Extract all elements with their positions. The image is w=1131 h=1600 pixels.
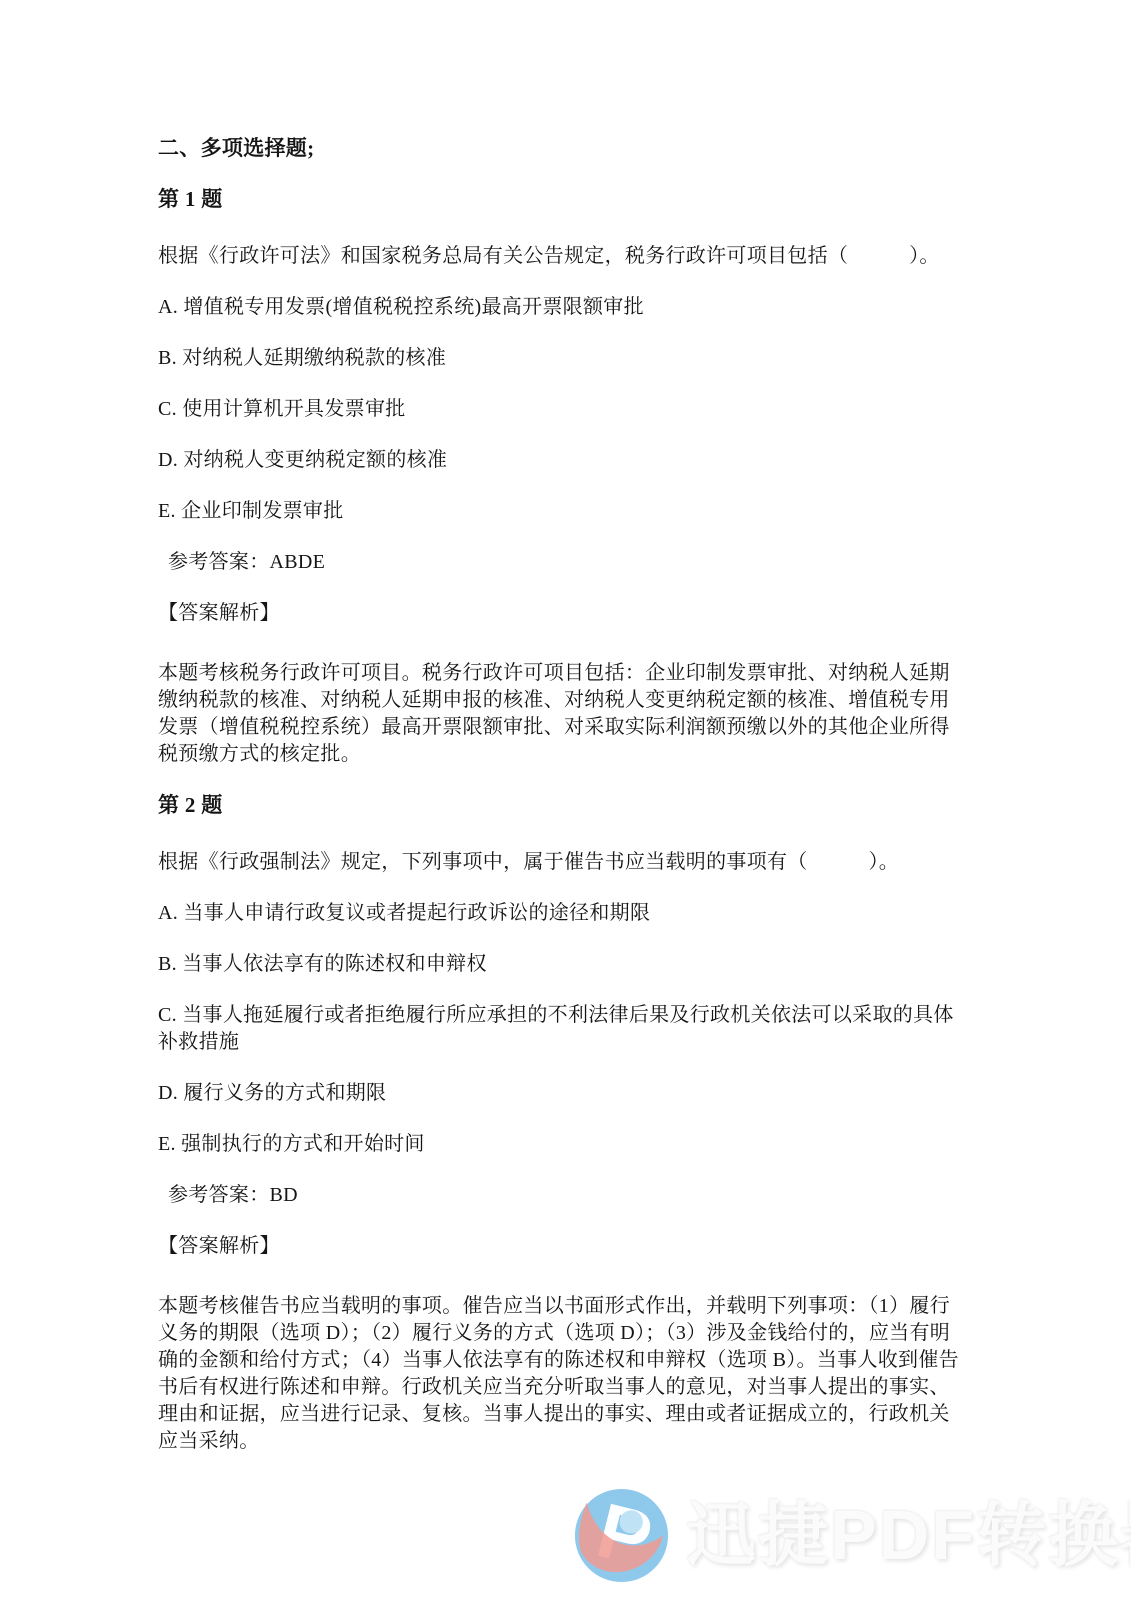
question-2-number: 第 2 题 — [158, 792, 964, 819]
question-1-analysis-text: 本题考核税务行政许可项目。税务行政许可项目包括：企业印制发票审批、对纳税人延期缴… — [158, 660, 964, 768]
question-1-option-d: D. 对纳税人变更纳税定额的核准 — [158, 447, 964, 474]
question-1-number: 第 1 题 — [158, 186, 964, 213]
section-heading: 二、多项选择题; — [158, 135, 964, 162]
question-2-option-a: A. 当事人申请行政复议或者提起行政诉讼的途径和期限 — [158, 900, 964, 927]
question-1-stem: 根据《行政许可法》和国家税务总局有关公告规定，税务行政许可项目包括（ ）。 — [158, 243, 964, 270]
question-1-option-b: B. 对纳税人延期缴纳税款的核准 — [158, 345, 964, 372]
question-2-option-c: C. 当事人拖延履行或者拒绝履行所应承担的不利法律后果及行政机关依法可以采取的具… — [158, 1002, 964, 1056]
answer-prefix: 参考答案： — [168, 551, 270, 573]
question-1-reference-answer: 参考答案：ABDE — [158, 549, 964, 576]
question-2-option-d: D. 履行义务的方式和期限 — [158, 1080, 964, 1107]
question-2-option-e: E. 强制执行的方式和开始时间 — [158, 1131, 964, 1158]
question-2-stem: 根据《行政强制法》规定，下列事项中，属于催告书应当载明的事项有（ ）。 — [158, 849, 964, 876]
question-2-analysis-heading: 【答案解析】 — [158, 1233, 964, 1260]
pdf-converter-logo-icon: P — [573, 1487, 670, 1584]
question-2-option-b: B. 当事人依法享有的陈述权和申辩权 — [158, 951, 964, 978]
document-content: 二、多项选择题; 第 1 题 根据《行政许可法》和国家税务总局有关公告规定，税务… — [158, 135, 964, 1479]
answer-prefix: 参考答案： — [168, 1184, 270, 1206]
answer-value: BD — [270, 1184, 298, 1206]
answer-value: ABDE — [270, 551, 326, 573]
question-1-option-e: E. 企业印制发票审批 — [158, 498, 964, 525]
watermark: P 迅捷PDF转换器 — [573, 1487, 1131, 1584]
question-1-option-a: A. 增值税专用发票(增值税税控系统)最高开票限额审批 — [158, 294, 964, 321]
watermark-text: 迅捷PDF转换器 — [686, 1487, 1131, 1584]
question-2-reference-answer: 参考答案：BD — [158, 1182, 964, 1209]
document-page: 二、多项选择题; 第 1 题 根据《行政许可法》和国家税务总局有关公告规定，税务… — [0, 0, 1131, 1600]
question-1-analysis-heading: 【答案解析】 — [158, 600, 964, 627]
question-1-option-c: C. 使用计算机开具发票审批 — [158, 396, 964, 423]
question-2-analysis-text: 本题考核催告书应当载明的事项。催告应当以书面形式作出，并载明下列事项：（1）履行… — [158, 1293, 964, 1455]
